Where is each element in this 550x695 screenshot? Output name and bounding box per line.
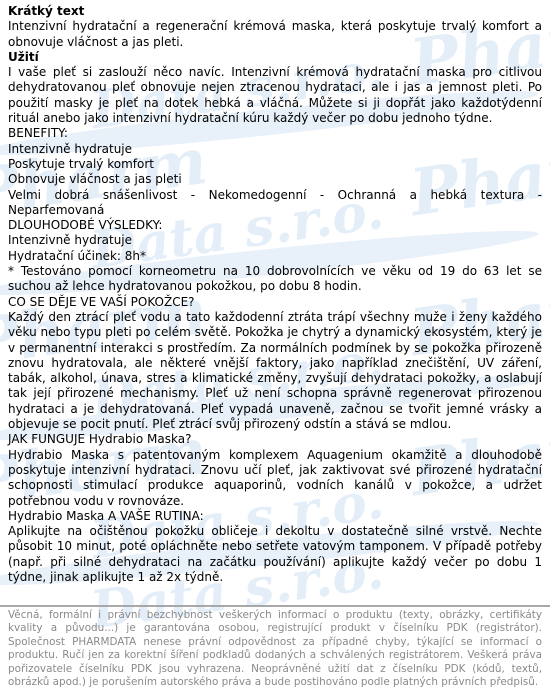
skin-body: Každý den ztrácí pleť vodu a tato každod… (8, 310, 542, 432)
short-text-title: Krátký text (8, 4, 542, 19)
how-body: Hydrabio Maska s patentovaným komplexem … (8, 448, 542, 509)
benefit-item: Poskytuje trvalý komfort (8, 157, 542, 172)
legal-disclaimer: Věcná, formální i právní bezchybnost veš… (8, 609, 542, 689)
usage-title: Užití (8, 50, 542, 65)
benefits-extra: Velmi dobrá snášenlivost - Nekomedogenní… (8, 188, 542, 219)
benefits-heading: BENEFITY: (8, 126, 542, 141)
skin-heading: CO SE DĚJE VE VAŠÍ POKOŽCE? (8, 295, 542, 310)
usage-intro: I vaše pleť si zaslouží něco navíc. Inte… (8, 65, 542, 126)
routine-body: Aplikujte na očištěnou pokožku obličeje … (8, 524, 542, 585)
separator-line (0, 605, 550, 607)
routine-heading: Hydrabio Maska A VAŠE RUTINA: (8, 509, 542, 524)
results-footnote: * Testováno pomocí korneometru na 10 dob… (8, 264, 542, 295)
result-item: Intenzivně hydratuje (8, 233, 542, 248)
short-text-body: Intenzivní hydratační a regenerační krém… (8, 19, 542, 50)
benefit-item: Intenzivně hydratuje (8, 142, 542, 157)
benefit-item: Obnovuje vláčnost a jas pleti (8, 172, 542, 187)
result-item: Hydratační účinek: 8h* (8, 249, 542, 264)
how-heading: JAK FUNGUJE Hydrabio Maska? (8, 432, 542, 447)
product-text: Krátký text Intenzivní hydratační a rege… (0, 0, 550, 585)
results-heading: DLOUHODOBÉ VÝSLEDKY: (8, 218, 542, 233)
